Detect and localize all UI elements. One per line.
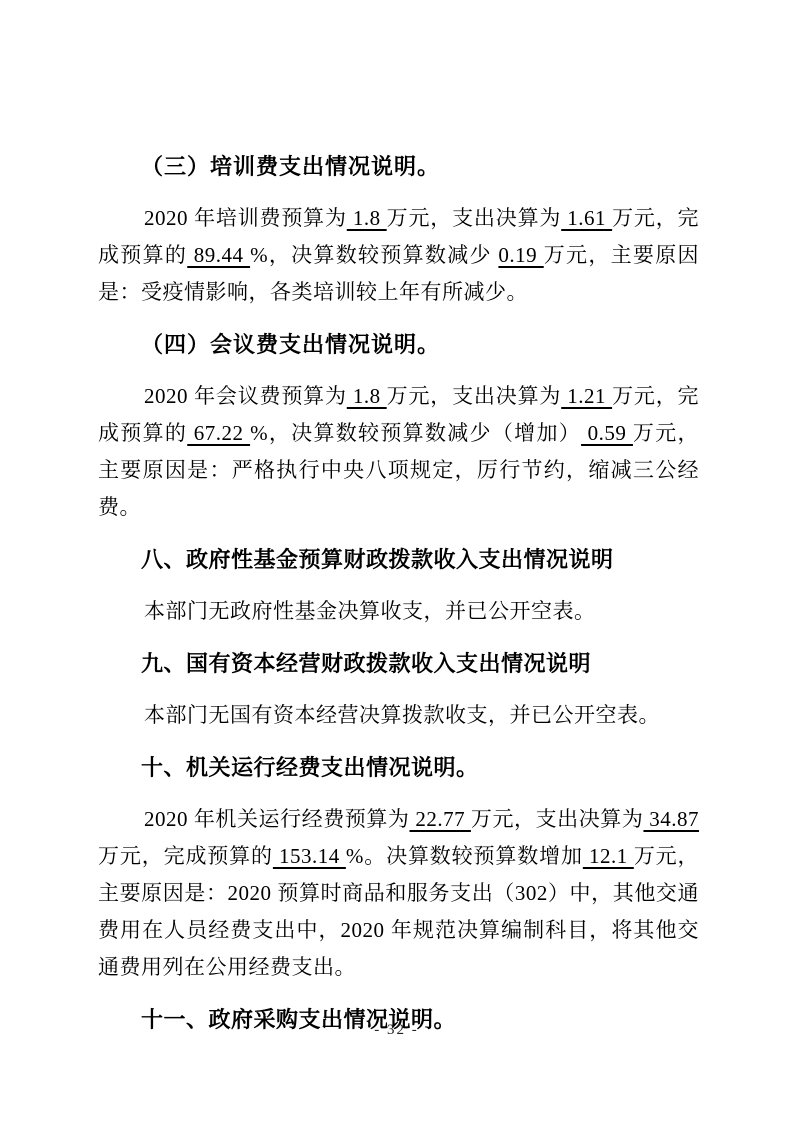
text-run: %，决算数较预算数减少: [250, 243, 498, 267]
document-paragraph: 2020 年培训费预算为 1.8 万元，支出决算为 1.61 万元，完成预算的 …: [98, 200, 699, 311]
page-number: - 32 -: [0, 1020, 793, 1040]
text-run: 万元，支出决算为: [387, 384, 562, 408]
text-run: 本部门无国有资本经营决算拨款收支，并已公开空表。: [144, 703, 660, 727]
underlined-value: 12.1: [583, 844, 634, 868]
text-run: 2020 年会议费预算为: [144, 384, 347, 408]
text-run: %。决算数较预算数增加: [346, 844, 583, 868]
text-run: 万元，支出决算为: [471, 807, 644, 831]
underlined-value: 34.87: [643, 807, 699, 831]
underlined-value: 0.59: [581, 421, 633, 445]
document-paragraph: 2020 年机关运行经费预算为 22.77 万元，支出决算为 34.87 万元，…: [98, 801, 699, 986]
document-page: （三）培训费支出情况说明。2020 年培训费预算为 1.8 万元，支出决算为 1…: [0, 0, 793, 1122]
underlined-value: 1.8: [347, 206, 387, 230]
underlined-value: 1.21: [561, 384, 612, 408]
document-paragraph: 本部门无政府性基金决算收支，并已公开空表。: [98, 593, 699, 630]
document-paragraph: 2020 年会议费预算为 1.8 万元，支出决算为 1.21 万元，完成预算的 …: [98, 378, 699, 526]
document-paragraph: 本部门无国有资本经营决算拨款收支，并已公开空表。: [98, 697, 699, 734]
document-heading: 八、政府性基金预算财政拨款收入支出情况说明: [98, 541, 699, 578]
document-heading: 十、机关运行经费支出情况说明。: [98, 749, 699, 786]
document-body: （三）培训费支出情况说明。2020 年培训费预算为 1.8 万元，支出决算为 1…: [98, 148, 699, 1053]
underlined-value: 89.44: [187, 243, 250, 267]
text-run: %，决算数较预算数减少（增加）: [250, 421, 581, 445]
text-run: 万元，完成预算的: [98, 844, 273, 868]
underlined-value: 22.77: [410, 807, 471, 831]
text-run: 2020 年培训费预算为: [144, 206, 347, 230]
underlined-value: 1.61: [561, 206, 612, 230]
text-run: 2020 年机关运行经费预算为: [144, 807, 410, 831]
underlined-value: 67.22: [187, 421, 250, 445]
underlined-value: 1.8: [347, 384, 387, 408]
document-heading: （四）会议费支出情况说明。: [98, 326, 699, 363]
underlined-value: 153.14: [273, 844, 346, 868]
underlined-value: 0.19: [498, 243, 543, 267]
document-heading: 九、国有资本经营财政拨款收入支出情况说明: [98, 645, 699, 682]
document-heading: （三）培训费支出情况说明。: [98, 148, 699, 185]
text-run: 万元，支出决算为: [387, 206, 562, 230]
text-run: 本部门无政府性基金决算收支，并已公开空表。: [144, 599, 596, 623]
